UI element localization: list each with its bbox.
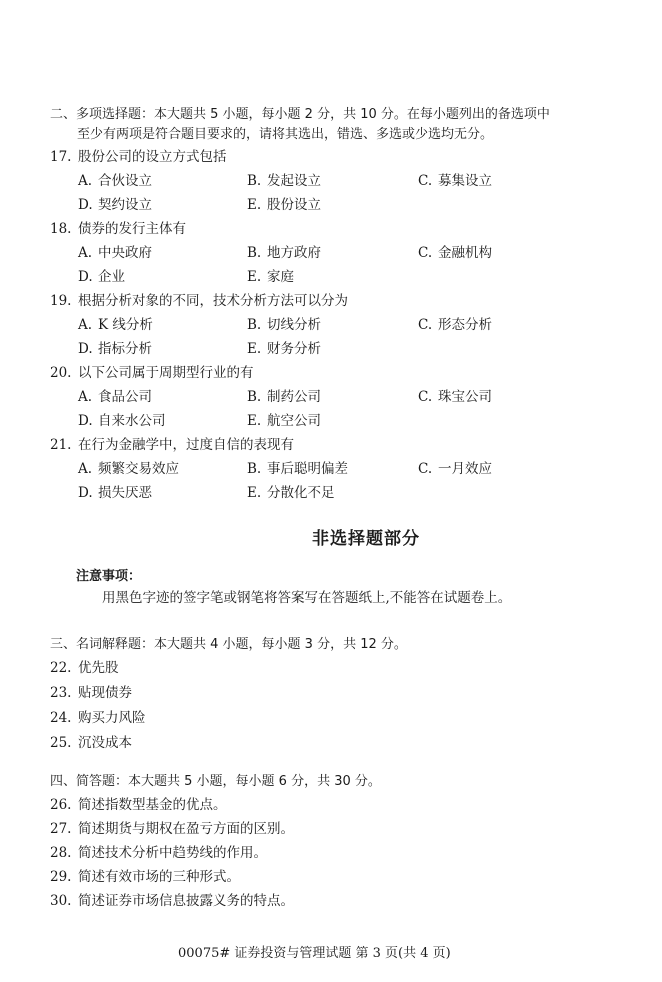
option-19-e: E.财务分析 [247,337,321,357]
option-17-b: B.发起设立 [247,169,321,189]
option-20-e: E.航空公司 [247,409,321,429]
option-18-a: A.中央政府 [78,241,152,261]
option-17-e: E.股份设立 [247,193,321,213]
question-text: 债券的发行主体有 [78,221,186,237]
section-4-header: 四、简答题：本大题共 5 小题，每小题 6 分，共 30 分。 [50,770,381,789]
option-18-b: B.地方政府 [247,241,321,261]
notice-text: 用黑色字迹的签字笔或钢笔将答案写在答题纸上,不能答在试题卷上。 [102,586,511,606]
section-2-header-line2: 至少有两项是符合题目要求的，请将其选出，错选、多选或少选均无分。 [77,123,493,142]
option-20-a: A.食品公司 [78,385,152,405]
option-20-c: C.珠宝公司 [418,385,492,405]
section-3-header: 三、名词解释题：本大题共 4 小题，每小题 3 分，共 12 分。 [50,633,407,652]
section-2-header-line1: 二、多项选择题：本大题共 5 小题，每小题 2 分，共 10 分。在每小题列出的… [50,103,550,122]
option-20-d: D.自来水公司 [78,409,166,429]
short-answer-27: 27.简述期货与期权在盈亏方面的区别。 [50,817,294,837]
option-18-d: D.企业 [78,265,125,285]
option-19-a: A.K 线分析 [78,313,153,333]
option-17-d: D.契约设立 [78,193,152,213]
question-text: 在行为金融学中，过度自信的表现有 [78,437,294,453]
term-25: 25.沉没成本 [50,731,132,751]
option-21-a: A.频繁交易效应 [78,457,179,477]
option-17-c: C.募集设立 [418,169,492,189]
short-answer-26: 26.简述指数型基金的优点。 [50,793,227,813]
page-footer: 00075# 证券投资与管理试题 第 3 页(共 4 页) [178,942,451,961]
option-21-c: C.一月效应 [418,457,492,477]
option-21-e: E.分散化不足 [247,481,335,501]
question-text: 以下公司属于周期型行业的有 [78,365,254,381]
question-17: 17.股份公司的设立方式包括 [50,145,227,165]
question-number: 18. [50,221,78,237]
question-21: 21.在行为金融学中，过度自信的表现有 [50,433,294,453]
term-24: 24.购买力风险 [50,706,146,726]
option-19-c: C.形态分析 [418,313,492,333]
question-number: 17. [50,149,78,165]
question-number: 21. [50,437,78,453]
option-21-b: B.事后聪明偏差 [247,457,348,477]
short-answer-30: 30.简述证券市场信息披露义务的特点。 [50,889,294,909]
question-text: 股份公司的设立方式包括 [78,149,227,165]
question-number: 19. [50,293,78,309]
option-18-c: C.金融机构 [418,241,492,261]
option-20-b: B.制药公司 [247,385,321,405]
question-19: 19.根据分析对象的不同，技术分析方法可以分为 [50,289,348,309]
question-number: 20. [50,365,78,381]
question-20: 20.以下公司属于周期型行业的有 [50,361,254,381]
question-18: 18.债券的发行主体有 [50,217,186,237]
option-17-a: A.合伙设立 [78,169,152,189]
term-23: 23.贴现债券 [50,681,132,701]
option-19-d: D.指标分析 [78,337,152,357]
term-22: 22.优先股 [50,656,119,676]
notice-heading: 注意事项： [76,565,141,584]
option-21-d: D.损失厌恶 [78,481,152,501]
option-19-b: B.切线分析 [247,313,321,333]
short-answer-29: 29.简述有效市场的三种形式。 [50,865,240,885]
exam-page: 二、多项选择题：本大题共 5 小题，每小题 2 分，共 10 分。在每小题列出的… [0,0,662,982]
option-18-e: E.家庭 [247,265,294,285]
short-answer-28: 28.简述技术分析中趋势线的作用。 [50,841,267,861]
question-text: 根据分析对象的不同，技术分析方法可以分为 [78,293,348,309]
part-title: 非选择题部分 [312,524,420,549]
